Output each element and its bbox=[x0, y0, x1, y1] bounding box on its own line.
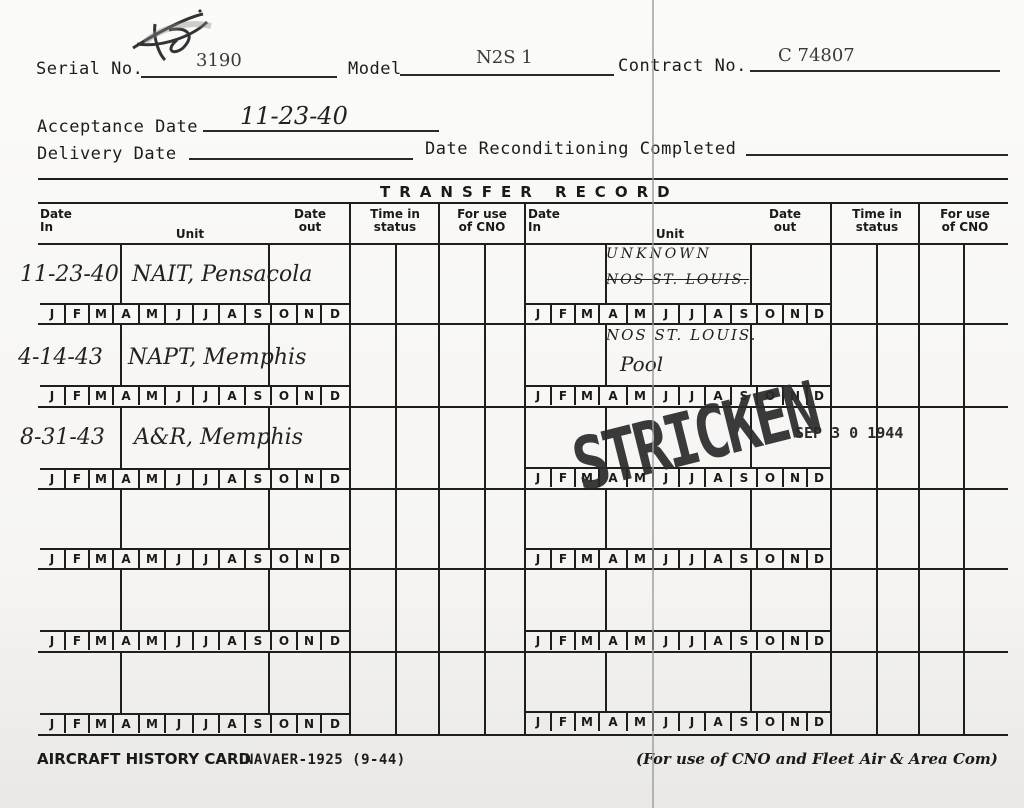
header-cno-right: For use of CNO bbox=[922, 208, 1008, 234]
model-label: Model bbox=[348, 59, 402, 79]
delivery-label: Delivery Date bbox=[37, 144, 177, 164]
acceptance-value: 11-23-40 bbox=[240, 102, 348, 130]
month-strip: JFMAMJJASOND bbox=[526, 550, 830, 568]
recond-label: Date Reconditioning Completed bbox=[425, 139, 736, 159]
header-date-out-right: Date out bbox=[755, 208, 815, 234]
month-strip: JFMAMJJASOND bbox=[526, 305, 830, 323]
entry-unit-line1: UNKNOWN bbox=[606, 246, 712, 262]
month-strip: JFMAMJJASOND bbox=[40, 387, 348, 405]
header-time-status-left: Time in status bbox=[352, 208, 438, 234]
header-unit-right: Unit bbox=[630, 228, 710, 241]
entry-date-in: 4-14-43 bbox=[18, 345, 103, 370]
entry-unit: A&R, Memphis bbox=[134, 425, 303, 450]
entry-unit: NAPT, Memphis bbox=[128, 345, 306, 370]
entry-date-in: 8-31-43 bbox=[20, 425, 105, 450]
header-unit-left: Unit bbox=[150, 228, 230, 241]
month-strip: JFMAMJJASOND bbox=[526, 713, 830, 731]
header-cno-left: For use of CNO bbox=[440, 208, 524, 234]
month-strip: JFMAMJJASOND bbox=[40, 470, 348, 488]
serial-value: 3190 bbox=[196, 50, 242, 71]
header-date-out-left: Date out bbox=[280, 208, 340, 234]
header-date-in-left: Date In bbox=[40, 208, 80, 234]
form-number: NAVAER-1925 (9-44) bbox=[245, 752, 406, 768]
month-strip: JFMAMJJASOND bbox=[526, 632, 830, 650]
month-strip: JFMAMJJASOND bbox=[40, 550, 348, 568]
stricken-date-stamp: SEP 3 0 1944 bbox=[795, 424, 903, 442]
model-value: N2S 1 bbox=[476, 47, 533, 68]
header-date-in-right: Date In bbox=[528, 208, 568, 234]
entry-unit-line2: Pool bbox=[620, 352, 663, 376]
acceptance-label: Acceptance Date bbox=[37, 117, 198, 137]
month-strip: JFMAMJJASOND bbox=[40, 715, 348, 733]
transfer-record-title: TRANSFER RECORD bbox=[380, 183, 679, 201]
contract-value: C 74807 bbox=[778, 45, 855, 66]
entry-date-in: 11-23-40 bbox=[20, 262, 119, 287]
entry-unit: NAIT, Pensacola bbox=[132, 262, 312, 287]
aircraft-history-card: Serial No. 3190 Model N2S 1 Contract No.… bbox=[0, 0, 1024, 808]
entry-unit-line1: NOS ST. LOUIS. bbox=[606, 326, 757, 344]
header-time-status-right: Time in status bbox=[834, 208, 920, 234]
footer-cno-note: (For use of CNO and Fleet Air & Area Com… bbox=[636, 750, 998, 768]
serial-label: Serial No. bbox=[36, 59, 143, 79]
fold-line bbox=[652, 0, 654, 808]
month-strip: JFMAMJJASOND bbox=[40, 632, 348, 650]
entry-unit-line2: NOS ST. LOUIS. bbox=[606, 272, 749, 288]
month-strip: JFMAMJJASOND bbox=[40, 305, 348, 323]
contract-label: Contract No. bbox=[618, 56, 747, 76]
card-title-footer: AIRCRAFT HISTORY CARD bbox=[37, 750, 251, 768]
